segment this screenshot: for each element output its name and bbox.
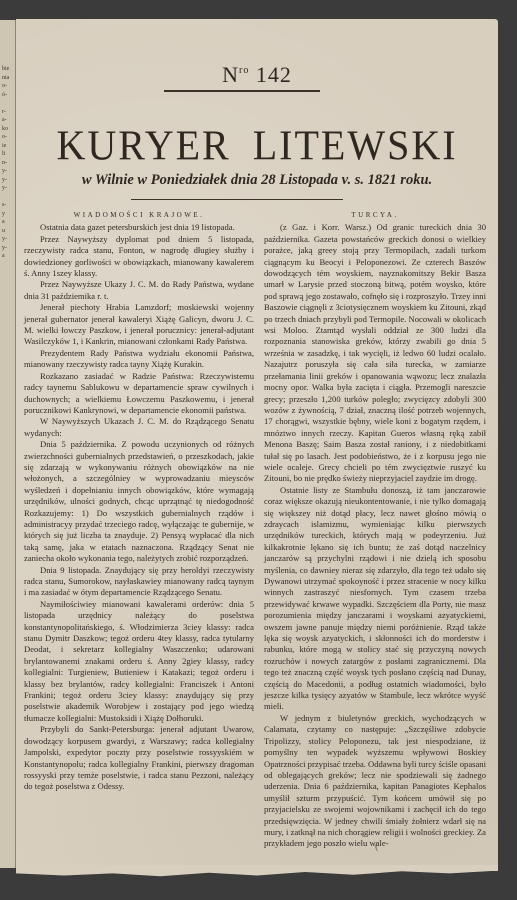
left-column: WIADOMOŚCI KRAJOWE. Ostatnia data gazet … bbox=[24, 210, 254, 793]
article-paragraph: Rozkazano zasiadać w Radzie Państwa: Rze… bbox=[24, 371, 254, 417]
article-paragraph: (z Gaz. i Korr. Warsz.) Od granic tureck… bbox=[264, 222, 486, 484]
article-paragraph: Przez Naywyższe Ukazy J. C. M. do Rady P… bbox=[24, 279, 254, 302]
article-paragraph: Naymiłościwiey mianowani kawalerami orde… bbox=[24, 599, 254, 724]
page-stain-mark: ( bbox=[375, 841, 378, 852]
adjacent-page-text: bie nia o- ó- r- a- ko o- ie li n- y- y-… bbox=[0, 65, 15, 261]
masthead-title-word2: LITEWSKI bbox=[253, 122, 458, 169]
article-paragraph: W Naywyższych Ukazach J. C. M. do Rządzą… bbox=[24, 416, 254, 439]
article-paragraph: W jednym z biuletynów greckich, wychodzą… bbox=[264, 713, 486, 850]
masthead-title: KURYERLITEWSKI bbox=[16, 121, 498, 170]
masthead-title-word1: KURYER bbox=[56, 122, 230, 169]
article-paragraph: Prezydentem Rady Państwa wydziału ekonom… bbox=[24, 348, 254, 371]
article-paragraph: Przez Naywyższy dyplomat pod dniem 5 lis… bbox=[24, 234, 254, 280]
masthead-rule-bottom bbox=[131, 199, 343, 200]
right-column: TURCYA. (z Gaz. i Korr. Warsz.) Od grani… bbox=[264, 210, 486, 850]
article-paragraph: Ostatnie listy ze Stambułu donoszą, iż t… bbox=[264, 485, 486, 713]
section-heading-turkey: TURCYA. bbox=[264, 210, 486, 221]
issue-number-prefix: N bbox=[222, 62, 239, 87]
issue-number-value: 142 bbox=[256, 62, 292, 87]
adjacent-page-strip: bie nia o- ó- r- a- ko o- ie li n- y- y-… bbox=[0, 20, 17, 868]
article-paragraph: Jenerał piechoty Hrabia Lamzdorf; moskie… bbox=[24, 302, 254, 348]
article-paragraph: Dnia 5 października. Z powodu uczynionyc… bbox=[24, 439, 254, 564]
newspaper-page: Nro 142 KURYERLITEWSKI w Wilnie w Ponied… bbox=[16, 19, 498, 871]
article-paragraph: Przybyli do Sankt-Petersburga: jenerał a… bbox=[24, 724, 254, 792]
article-paragraph: Dnia 9 listopada. Znaydujący się przy he… bbox=[24, 565, 254, 599]
masthead-dateline: w Wilnie w Poniedziałek dnia 28 Listopad… bbox=[16, 172, 498, 189]
masthead-rule-top bbox=[164, 90, 320, 92]
issue-number-suffix: ro bbox=[239, 65, 249, 76]
article-paragraph: Ostatnia data gazet petersburskich jest … bbox=[24, 222, 254, 233]
section-heading-domestic: WIADOMOŚCI KRAJOWE. bbox=[24, 210, 254, 221]
issue-number: Nro 142 bbox=[16, 62, 498, 88]
torn-bottom-edge bbox=[16, 865, 498, 879]
